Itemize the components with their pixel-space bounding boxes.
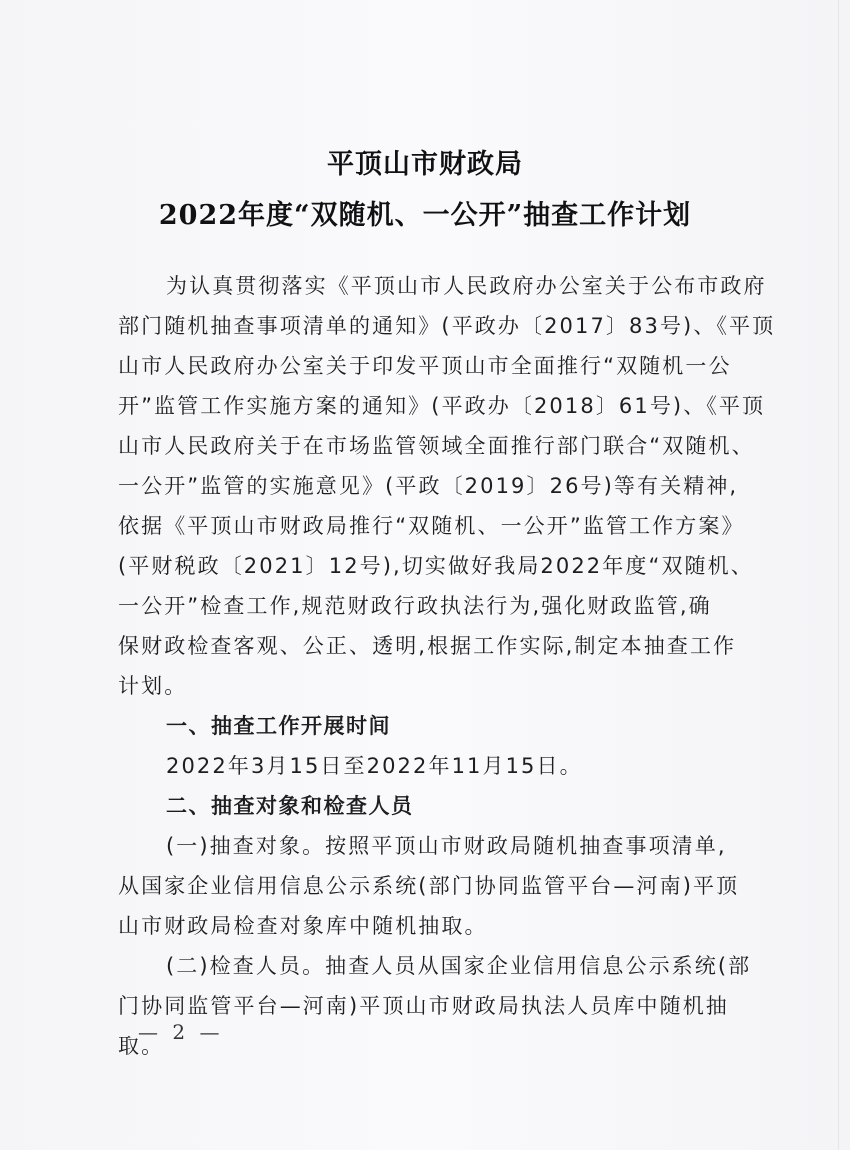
section-heading-targets-personnel: 二、抽查对象和检查人员: [118, 786, 732, 826]
subsection-targets-line: (一)抽查对象。按照平顶山市财政局随机抽查事项清单,: [118, 826, 732, 866]
subsection-targets-line: 从国家企业信用信息公示系统(部门协同监管平台—河南)平顶: [118, 866, 732, 906]
document-page: 平顶山市财政局 2022年度“双随机、一公开”抽查工作计划 为认真贯彻落实《平顶…: [0, 0, 850, 1150]
section-heading-schedule: 一、抽查工作开展时间: [118, 706, 732, 746]
document-title-issuer: 平顶山市财政局: [0, 142, 850, 181]
intro-line: 依据《平顶山市财政局推行“双随机、一公开”监管工作方案》: [118, 506, 732, 546]
intro-line: 开”监管工作实施方案的通知》(平政办〔2018〕61号)、《平顶: [118, 386, 732, 426]
schedule-date-range: 2022年3月15日至2022年11月15日。: [118, 746, 732, 786]
document-title-plan: 2022年度“双随机、一公开”抽查工作计划: [0, 193, 850, 232]
intro-line: 山市人民政府办公室关于印发平顶山市全面推行“双随机一公: [118, 346, 732, 386]
intro-line: (平财税政〔2021〕12号),切实做好我局2022年度“双随机、: [118, 546, 732, 586]
page-number: — 2 —: [138, 1020, 223, 1044]
document-body: 为认真贯彻落实《平顶山市人民政府办公室关于公布市政府 部门随机抽查事项清单的通知…: [118, 266, 732, 1066]
intro-line: 一公开”监管的实施意见》(平政〔2019〕26号)等有关精神,: [118, 466, 732, 506]
intro-line: 一公开”检查工作,规范财政行政执法行为,强化财政监管,确: [118, 586, 732, 626]
intro-line: 山市人民政府关于在市场监管领域全面推行部门联合“双随机、: [118, 426, 732, 466]
intro-line: 为认真贯彻落实《平顶山市人民政府办公室关于公布市政府: [118, 266, 732, 306]
subsection-personnel-line: (二)检查人员。抽查人员从国家企业信用信息公示系统(部: [118, 946, 732, 986]
intro-line: 保财政检查客观、公正、透明,根据工作实际,制定本抽查工作: [118, 626, 732, 666]
intro-line: 部门随机抽查事项清单的通知》(平政办〔2017〕83号)、《平顶: [118, 306, 732, 346]
intro-line: 计划。: [118, 666, 732, 706]
subsection-targets-line: 山市财政局检查对象库中随机抽取。: [118, 906, 732, 946]
